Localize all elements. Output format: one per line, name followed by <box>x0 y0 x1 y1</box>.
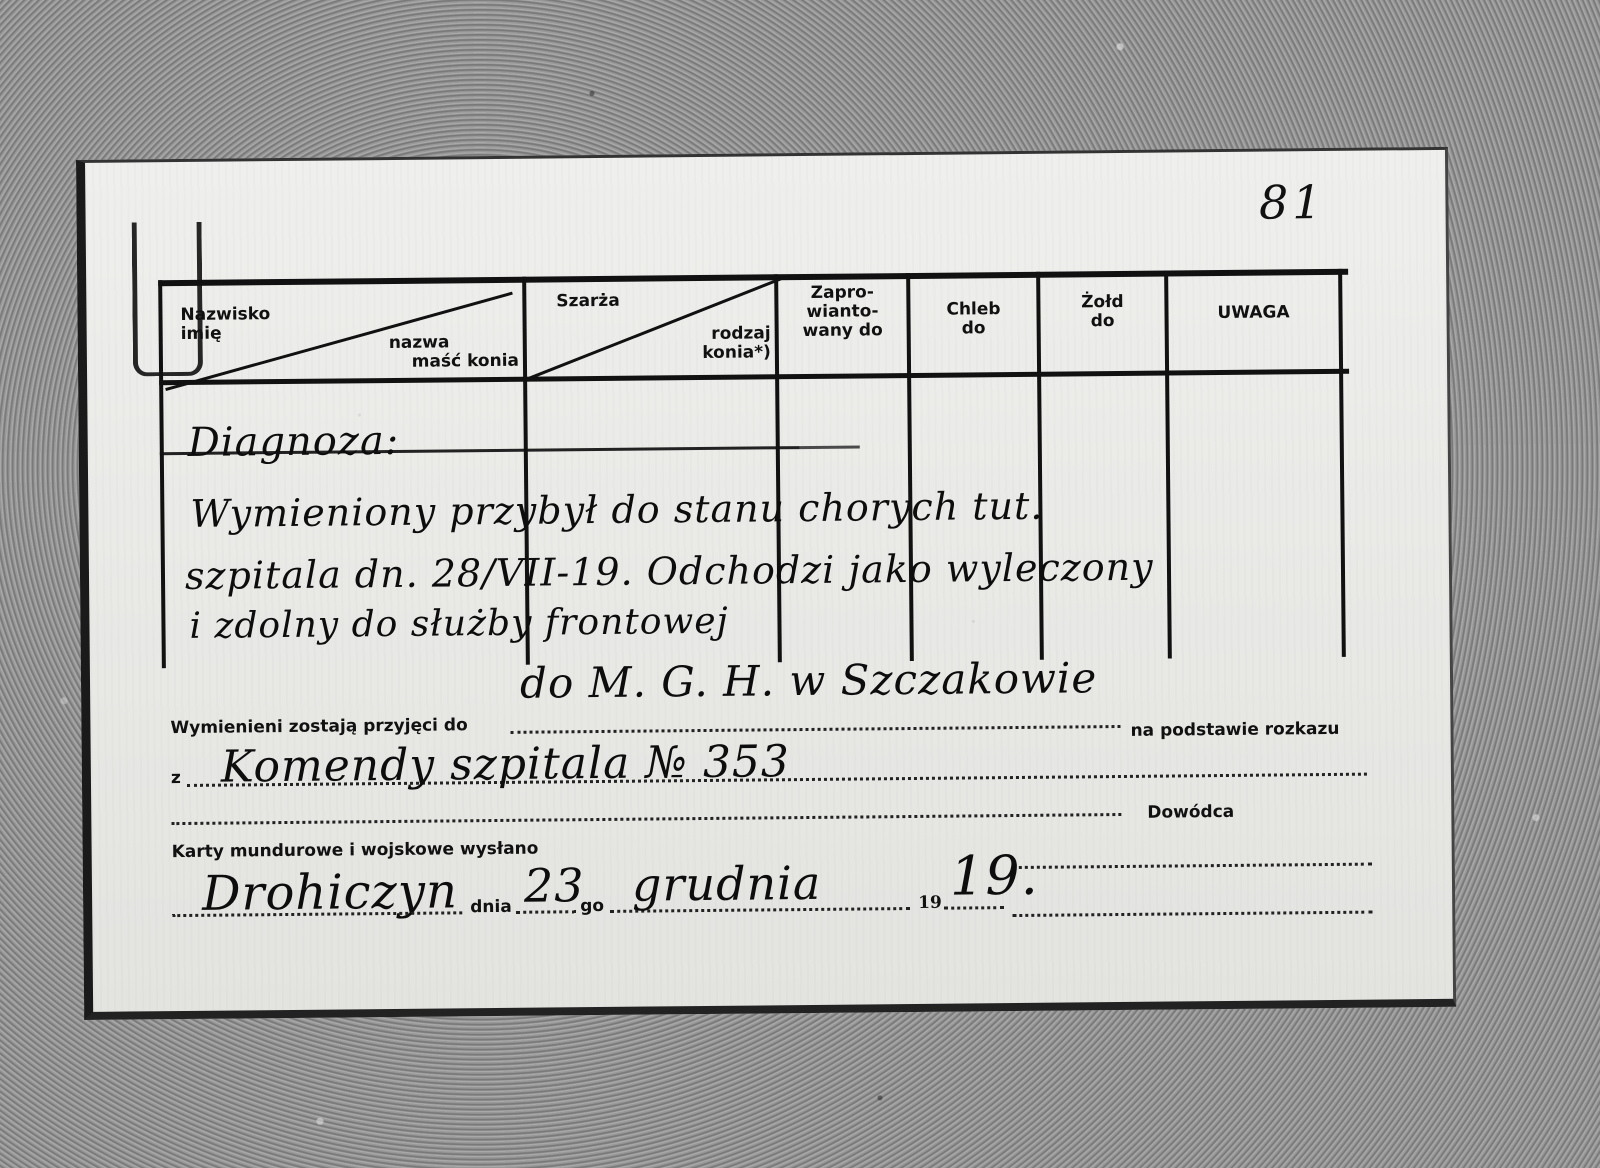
handwritten-line: i zdolny do służby frontowej <box>189 601 729 647</box>
handwritten-month: grudnia <box>632 856 822 912</box>
header-pay: Żołd do <box>1040 293 1164 332</box>
year-prefix: 19 <box>918 893 942 913</box>
table-top-rule <box>158 269 1348 286</box>
header-horse-type: rodzaj konia*) <box>659 324 771 363</box>
accepted-label: Wymienieni zostają przyjęci do <box>170 715 467 738</box>
signature-line <box>1012 911 1372 917</box>
from-prefix: z <box>171 768 181 788</box>
handwritten-line: do M. G. H. w Szczakowie <box>520 653 1098 708</box>
page-number: 81 <box>1259 175 1326 230</box>
header-remarks: UWAGA <box>1168 303 1338 324</box>
header-surname: Nazwisko imię <box>180 305 270 344</box>
column-rule <box>1338 269 1346 657</box>
handwritten-line: szpitala dn. 28/VII-19. Odchodzi jako wy… <box>185 545 1154 598</box>
header-provisioned: Zapro- wianto- wany do <box>778 283 907 341</box>
header-bread: Chleb do <box>910 300 1036 339</box>
dotted-line <box>171 813 1121 825</box>
header-horse-name: nazwa maść konia <box>359 333 519 373</box>
day-suffix: go <box>580 896 604 916</box>
hospital-record-card: 81 Nazwisko imię nazwa maść konia Szarża… <box>76 147 1456 1020</box>
column-rule <box>158 280 166 668</box>
day-label: dnia <box>470 897 512 917</box>
signature-line <box>1012 863 1372 869</box>
row-rule <box>800 445 860 449</box>
column-rule <box>1164 271 1172 659</box>
handwritten-diagnosis-label: Diagnoza: <box>188 418 400 466</box>
order-label: na podstawie rozkazu <box>1130 719 1339 741</box>
commander-label: Dowódca <box>1147 802 1234 823</box>
header-rank: Szarża <box>556 292 620 312</box>
handwritten-year: 19. <box>950 844 1039 908</box>
header-bottom-rule <box>159 369 1349 385</box>
cards-sent-label: Karty mundurowe i wojskowe wysłano <box>172 839 539 863</box>
handwritten-line: Wymieniony przybył do stanu chorych tut. <box>190 484 1043 536</box>
dotted-line <box>510 725 1120 734</box>
handwritten-from-value: Komendy szpitala № 353 <box>221 736 791 792</box>
handwritten-day: 23 <box>524 858 585 913</box>
